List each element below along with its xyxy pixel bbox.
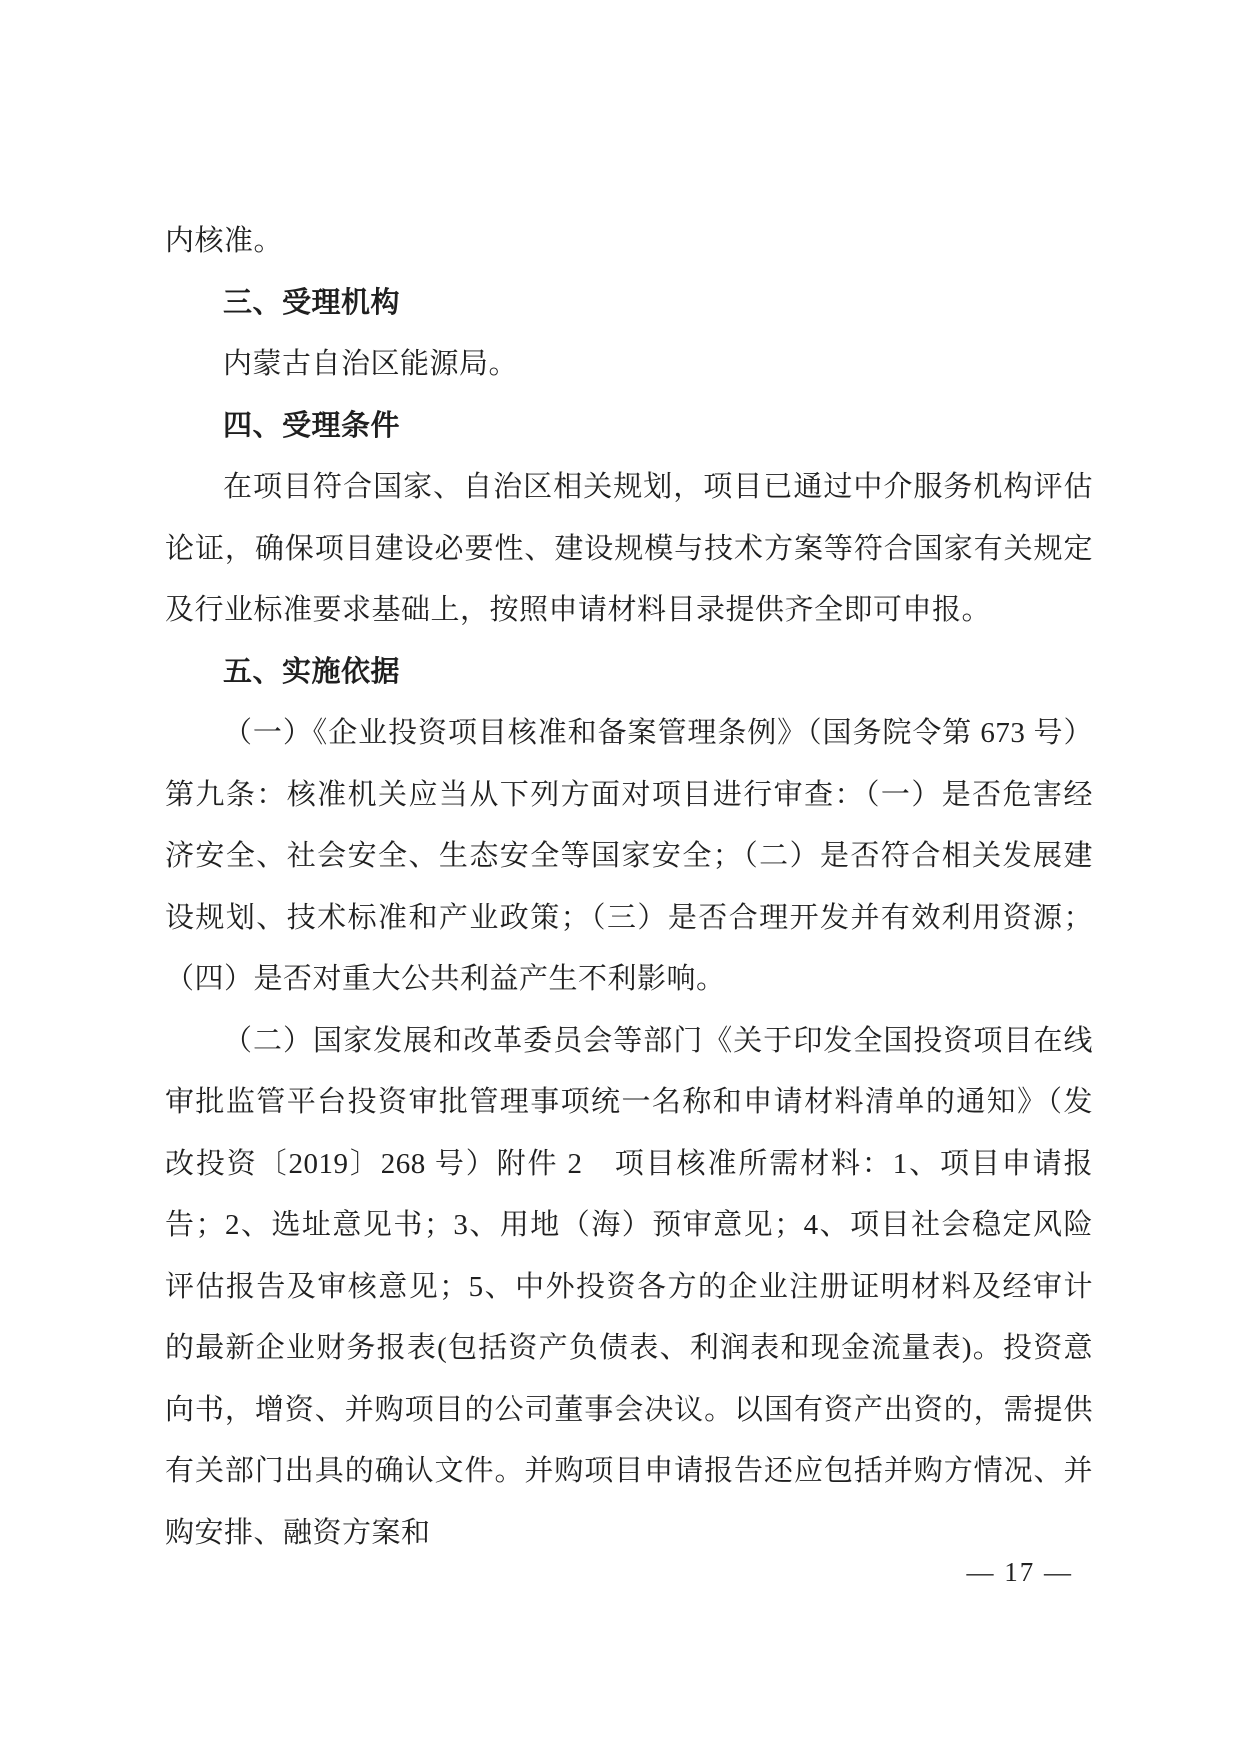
paragraph: （二）国家发展和改革委员会等部门《关于印发全国投资项目在线审批监管平台投资审批管… [165, 1011, 1093, 1565]
section-heading: 三、受理机构 [165, 273, 1093, 335]
paragraph: 在项目符合国家、自治区相关规划，项目已通过中介服务机构评估论证，确保项目建设必要… [165, 457, 1093, 642]
section-heading: 四、受理条件 [165, 396, 1093, 458]
paragraph: 内核准。 [165, 211, 1093, 273]
paragraph: 内蒙古自治区能源局。 [165, 334, 1093, 396]
document-body: 内核准。三、受理机构内蒙古自治区能源局。四、受理条件在项目符合国家、自治区相关规… [165, 211, 1093, 1564]
paragraph: （一）《企业投资项目核准和备案管理条例》（国务院令第 673 号）第九条：核准机… [165, 703, 1093, 1011]
document-page: 内核准。三、受理机构内蒙古自治区能源局。四、受理条件在项目符合国家、自治区相关规… [0, 0, 1240, 1753]
section-heading: 五、实施依据 [165, 642, 1093, 704]
page-number: — 17 — [967, 1556, 1074, 1588]
